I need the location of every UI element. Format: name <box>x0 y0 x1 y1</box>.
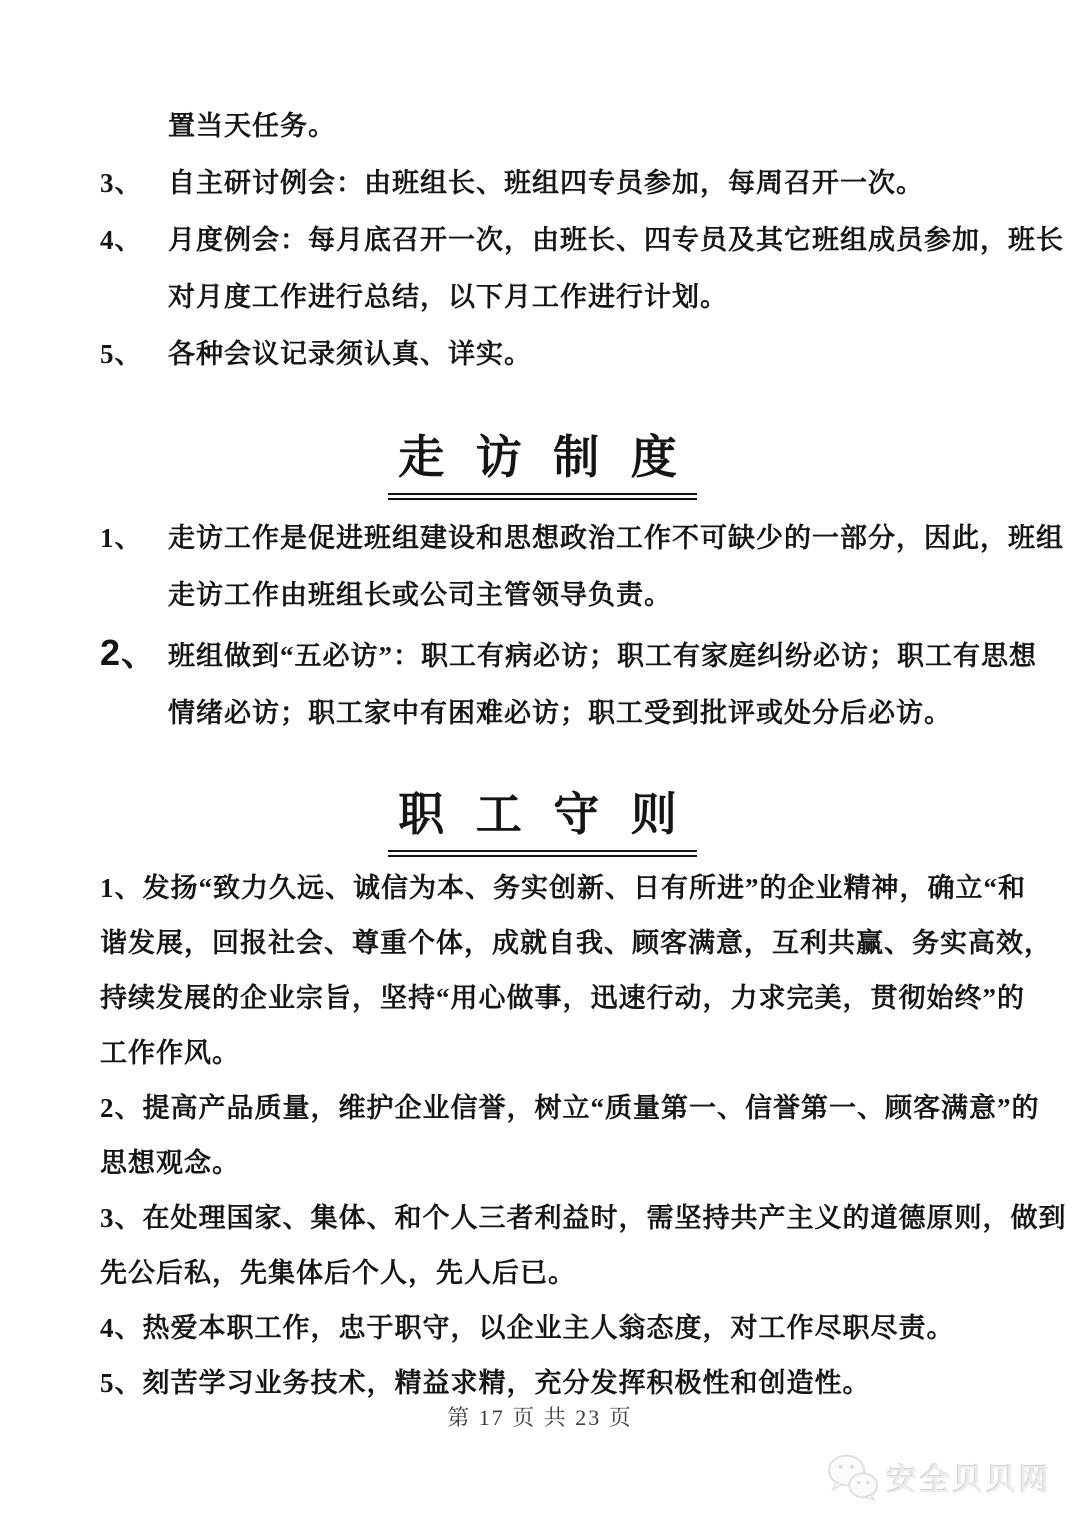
item-number: 4、 <box>100 212 168 269</box>
item-number: 5、 <box>100 326 168 383</box>
item-text: 置当天任务。 <box>168 98 336 155</box>
visit-item-2-continuation: 情绪必访；职工家中有困难必访；职工受到批评或处分后必访。 <box>100 685 985 742</box>
site-watermark: 安全贝贝网 <box>825 1452 1052 1502</box>
item-text: 自主研讨例会：由班组长、班组四专员参加，每周召开一次。 <box>168 155 924 212</box>
wechat-bubbles-icon <box>825 1452 881 1502</box>
visit-item-2: 2、 班组做到“五必访”：职工有病必访；职工有家庭纠纷必访；职工有思想 <box>100 624 985 685</box>
visit-system-heading: 走 访 制 度 <box>100 431 985 500</box>
item-number: 1、 <box>100 510 168 567</box>
list-item-3: 3、 自主研讨例会：由班组长、班组四专员参加，每周召开一次。 <box>100 155 985 212</box>
code-paragraph-1-line-1: 1、发扬“致力久远、诚信为本、务实创新、日有所进”的企业精神，确立“和 <box>100 861 985 916</box>
section-title: 职 工 守 则 <box>388 788 697 857</box>
list-item-4: 4、 月度例会：每月底召开一次，由班长、四专员及其它班组成员参加，班长 <box>100 212 985 269</box>
code-paragraph-2-line-1: 2、提高产品质量，维护企业信誉，树立“质量第一、信誉第一、顾客满意”的 <box>100 1081 985 1136</box>
section-title: 走 访 制 度 <box>388 431 697 500</box>
visit-item-1-continuation: 走访工作由班组长或公司主管领导负责。 <box>100 567 985 624</box>
item-text: 班组做到“五必访”：职工有病必访；职工有家庭纠纷必访；职工有思想 <box>168 628 1037 685</box>
item-text: 情绪必访；职工家中有困难必访；职工受到批评或处分后必访。 <box>168 685 952 742</box>
code-paragraph-3-line-2: 先公后私，先集体后个人，先人后已。 <box>100 1246 985 1301</box>
item-text: 走访工作由班组长或公司主管领导负责。 <box>168 567 672 624</box>
code-paragraph-1-line-3: 持续发展的企业宗旨，坚持“用心做事，迅速行动，力求完美，贯彻始终”的 <box>100 971 985 1026</box>
list-item-4-continuation: 对月度工作进行总结，以下月工作进行计划。 <box>100 269 985 326</box>
page-indicator: 第 17 页 共 23 页 <box>447 1405 633 1430</box>
item-number: 3、 <box>100 155 168 212</box>
visit-item-1: 1、 走访工作是促进班组建设和思想政治工作不可缺少的一部分，因此，班组 <box>100 510 985 567</box>
item-text: 对月度工作进行总结，以下月工作进行计划。 <box>168 269 728 326</box>
employee-code-heading: 职 工 守 则 <box>100 788 985 857</box>
watermark-site-name: 安全贝贝网 <box>887 1455 1052 1499</box>
document-page: 置当天任务。 3、 自主研讨例会：由班组长、班组四专员参加，每周召开一次。 4、… <box>0 0 1080 1527</box>
code-paragraph-1-line-4: 工作作风。 <box>100 1026 985 1081</box>
item-number: 2、 <box>100 624 168 681</box>
list-item-continuation: 置当天任务。 <box>100 98 985 155</box>
code-paragraph-2-line-2: 思想观念。 <box>100 1136 985 1191</box>
page-number-footer: 第 17 页 共 23 页 <box>0 1402 1080 1434</box>
item-text: 月度例会：每月底召开一次，由班长、四专员及其它班组成员参加，班长 <box>168 212 1064 269</box>
code-paragraph-1-line-2: 谐发展，回报社会、尊重个体，成就自我、顾客满意，互利共赢、务实高效， <box>100 916 985 971</box>
code-paragraph-4: 4、热爱本职工作，忠于职守，以企业主人翁态度，对工作尽职尽责。 <box>100 1301 985 1356</box>
item-text: 各种会议记录须认真、详实。 <box>168 326 532 383</box>
item-text: 走访工作是促进班组建设和思想政治工作不可缺少的一部分，因此，班组 <box>168 510 1064 567</box>
document-content: 置当天任务。 3、 自主研讨例会：由班组长、班组四专员参加，每周召开一次。 4、… <box>0 0 1080 1411</box>
list-item-5: 5、 各种会议记录须认真、详实。 <box>100 326 985 383</box>
code-paragraph-3-line-1: 3、在处理国家、集体、和个人三者利益时，需坚持共产主义的道德原则，做到 <box>100 1191 985 1246</box>
